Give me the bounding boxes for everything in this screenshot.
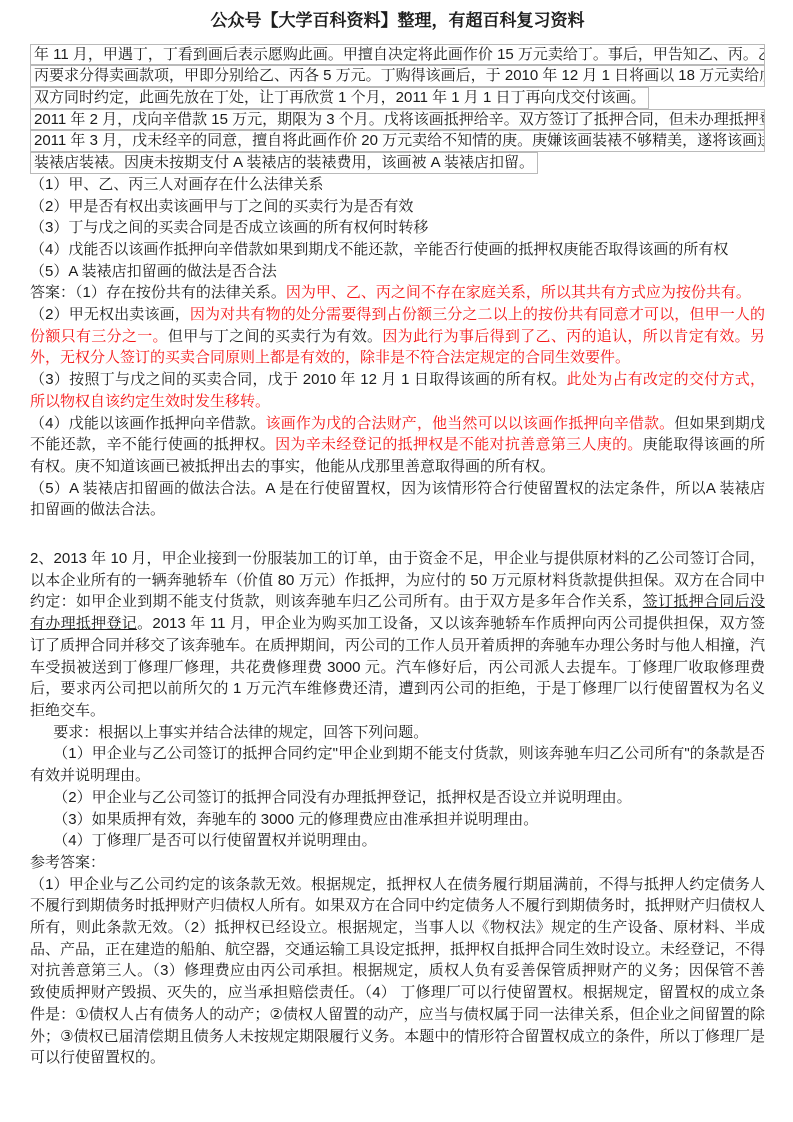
question-item: （1）甲、乙、丙三人对画存在什么法律关系 <box>30 174 765 196</box>
case2-answer-heading: 参考答案： <box>30 852 765 874</box>
answer-paragraph: （3）按照丁与戊之间的买卖合同，戊于 2010 年 12 月 1 日取得该画的所… <box>30 369 765 412</box>
statement-line-text: 装裱店装裱。因庚未按期支付 A 装裱店的装裱费用，该画被 A 装裱店扣留。 <box>30 152 538 174</box>
statement-line: 装裱店装裱。因庚未按期支付 A 装裱店的装裱费用，该画被 A 装裱店扣留。 <box>30 152 765 174</box>
page-title: 公众号【大学百科资料】整理，有超百科复习资料 <box>30 10 765 32</box>
statement-line: 2011 年 2 月，戊向辛借款 15 万元，期限为 3 个月。戊将该画抵押给辛… <box>30 109 765 131</box>
answer-paragraph: （2）甲无权出卖该画，因为对共有物的处分需要得到占份额三分之二以上的按份共有同意… <box>30 304 765 369</box>
question-item: （2）甲企业与乙公司签订的抵押合同没有办理抵押登记，抵押权是否设立并说明理由。 <box>30 787 765 809</box>
statement-line: 双方同时约定，此画先放在丁处，让丁再欣赏 1 个月，2011 年 1 月 1 日… <box>30 87 765 109</box>
answer-paragraph: （5）A 装裱店扣留画的做法合法。A 是在行使留置权，因为该情形符合行使留置权的… <box>30 478 765 521</box>
question-item: （1）甲企业与乙公司签订的抵押合同约定"甲企业到期不能支付货款，则该奔驰车归乙公… <box>30 743 765 786</box>
answer-paragraph: （4）戊能以该画作抵押向辛借款。该画作为戊的合法财产，他当然可以以该画作抵押向辛… <box>30 413 765 478</box>
case1-statement: 年 11 月，甲遇丁，丁看到画后表示愿购此画。甲擅自决定将此画作价 15 万元卖… <box>30 44 765 174</box>
question-item: （4）丁修理厂是否可以行使留置权并说明理由。 <box>30 830 765 852</box>
statement-line: 年 11 月，甲遇丁，丁看到画后表示愿购此画。甲擅自决定将此画作价 15 万元卖… <box>30 44 765 66</box>
case1-question-list: （1）甲、乙、丙三人对画存在什么法律关系 （2）甲是否有权出卖该画甲与丁之间的买… <box>30 174 765 283</box>
case2-statement: 2、2013 年 10 月，甲企业接到一份服装加工的订单，由于资金不足，甲企业与… <box>30 548 765 722</box>
document-page: 公众号【大学百科资料】整理，有超百科复习资料 年 11 月，甲遇丁，丁看到画后表… <box>0 0 793 1122</box>
answer-paragraph: 答案：（1）存在按份共有的法律关系。因为甲、乙、丙之间不存在家庭关系，所以其共有… <box>30 282 765 304</box>
question-item: （5）A 装裱店扣留画的做法是否合法 <box>30 261 765 283</box>
case2-section: 2、2013 年 10 月，甲企业接到一份服装加工的订单，由于资金不足，甲企业与… <box>30 548 765 1069</box>
case2-requirement: 要求：根据以上事实并结合法律的规定，回答下列问题。 <box>30 722 765 744</box>
question-item: （4）戊能否以该画作抵押向辛借款如果到期戊不能还款，辛能否行使画的抵押权庚能否取… <box>30 239 765 261</box>
case2-answer: （1）甲企业与乙公司约定的该条款无效。根据规定，抵押权人在债务履行期届满前，不得… <box>30 874 765 1069</box>
section-gap <box>30 521 765 548</box>
statement-line-text: 双方同时约定，此画先放在丁处，让丁再欣赏 1 个月，2011 年 1 月 1 日… <box>30 87 649 109</box>
statement-line: 2011 年 3 月，戊未经辛的同意，擅自将此画作价 20 万元卖给不知情的庚。… <box>30 130 765 152</box>
case1-answers: 答案：（1）存在按份共有的法律关系。因为甲、乙、丙之间不存在家庭关系，所以其共有… <box>30 282 765 521</box>
statement-line: 丙要求分得卖画款项，甲即分别给乙、丙各 5 万元。丁购得该画后，于 2010 年… <box>30 65 765 87</box>
question-item: （3）如果质押有效，奔驰车的 3000 元的修理费应由准承担并说明理由。 <box>30 809 765 831</box>
question-item: （3）丁与戊之间的买卖合同是否成立该画的所有权何时转移 <box>30 217 765 239</box>
question-item: （2）甲是否有权出卖该画甲与丁之间的买卖行为是否有效 <box>30 196 765 218</box>
